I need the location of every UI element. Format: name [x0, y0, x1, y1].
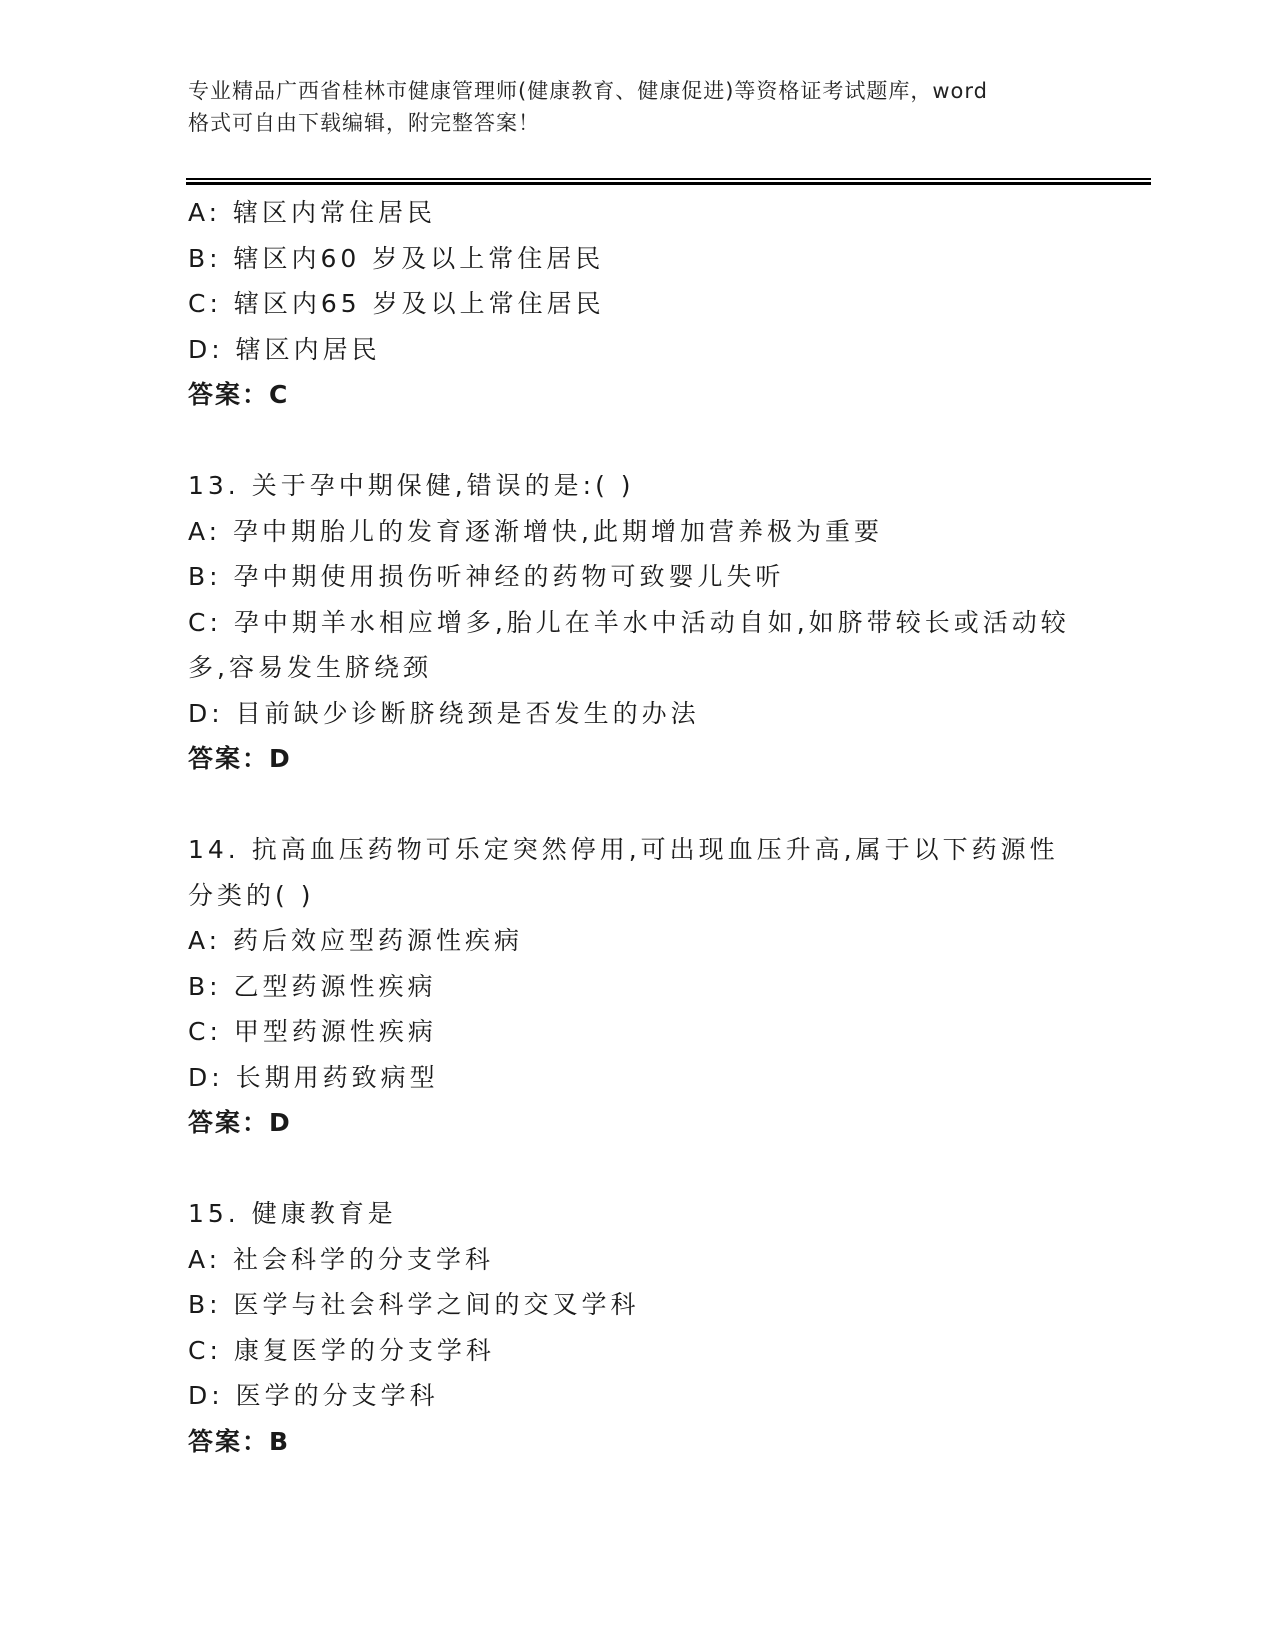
header-line-1: 专业精品广西省桂林市健康管理师(健康教育、健康促进)等资格证考试题库，word: [188, 75, 1088, 107]
question-stem: 14. 抗高血压药物可乐定突然停用,可出现血压升高,属于以下药源性: [188, 827, 1088, 873]
option-c-continued: 多,容易发生脐绕颈: [188, 645, 1088, 691]
header-divider-bottom: [186, 182, 1151, 185]
question-13: 13. 关于孕中期保健,错误的是:( ) A: 孕中期胎儿的发育逐渐增快,此期增…: [188, 463, 1088, 782]
spacer: [188, 782, 1088, 828]
option-c: C: 甲型药源性疾病: [188, 1009, 1088, 1055]
answer: 答案：B: [188, 1419, 1088, 1465]
option-b: B: 孕中期使用损伤听神经的药物可致婴儿失听: [188, 554, 1088, 600]
option-c: C: 辖区内65 岁及以上常住居民: [188, 281, 1088, 327]
document-header: 专业精品广西省桂林市健康管理师(健康教育、健康促进)等资格证考试题库，word …: [188, 75, 1088, 139]
option-d: D: 医学的分支学科: [188, 1373, 1088, 1419]
option-c: C: 孕中期羊水相应增多,胎儿在羊水中活动自如,如脐带较长或活动较: [188, 600, 1088, 646]
question-15: 15. 健康教育是 A: 社会科学的分支学科 B: 医学与社会科学之间的交叉学科…: [188, 1191, 1088, 1464]
option-a: A: 社会科学的分支学科: [188, 1237, 1088, 1283]
answer: 答案：C: [188, 372, 1088, 418]
header-divider-top: [186, 178, 1151, 180]
question-stem: 15. 健康教育是: [188, 1191, 1088, 1237]
option-d: D: 目前缺少诊断脐绕颈是否发生的办法: [188, 691, 1088, 737]
option-a: A: 药后效应型药源性疾病: [188, 918, 1088, 964]
option-d: D: 辖区内居民: [188, 327, 1088, 373]
question-list: A: 辖区内常住居民 B: 辖区内60 岁及以上常住居民 C: 辖区内65 岁及…: [188, 190, 1088, 1464]
question-stem-continued: 分类的( ): [188, 873, 1088, 919]
option-d: D: 长期用药致病型: [188, 1055, 1088, 1101]
question-14: 14. 抗高血压药物可乐定突然停用,可出现血压升高,属于以下药源性 分类的( )…: [188, 827, 1088, 1146]
spacer: [188, 418, 1088, 464]
spacer: [188, 1146, 1088, 1192]
option-c: C: 康复医学的分支学科: [188, 1328, 1088, 1374]
answer: 答案：D: [188, 1100, 1088, 1146]
header-line-2: 格式可自由下载编辑，附完整答案！: [188, 107, 1088, 139]
option-a: A: 孕中期胎儿的发育逐渐增快,此期增加营养极为重要: [188, 509, 1088, 555]
question-stem: 13. 关于孕中期保健,错误的是:( ): [188, 463, 1088, 509]
option-b: B: 医学与社会科学之间的交叉学科: [188, 1282, 1088, 1328]
question-partial: A: 辖区内常住居民 B: 辖区内60 岁及以上常住居民 C: 辖区内65 岁及…: [188, 190, 1088, 418]
answer: 答案：D: [188, 736, 1088, 782]
option-b: B: 辖区内60 岁及以上常住居民: [188, 236, 1088, 282]
option-b: B: 乙型药源性疾病: [188, 964, 1088, 1010]
option-a: A: 辖区内常住居民: [188, 190, 1088, 236]
